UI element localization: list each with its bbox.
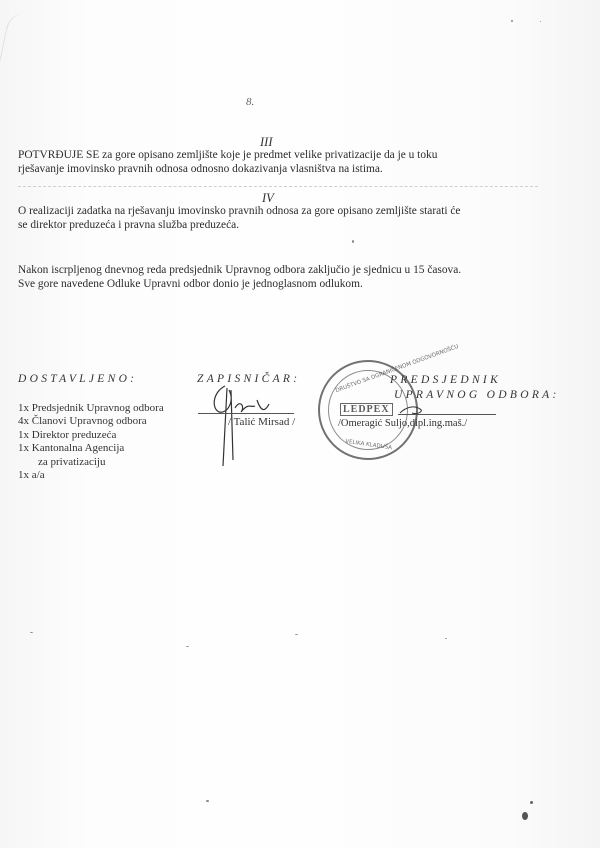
scan-speck: [295, 634, 298, 635]
text-line: rješavanje imovinsko pravnih odnosa odno…: [18, 162, 437, 176]
section-iv-text: O realizaciji zadatka na rješavanju imov…: [18, 204, 461, 233]
text-line: Nakon iscrpljenog dnevnog reda predsjedn…: [18, 263, 461, 277]
president-name: /Omeragić Suljo,dipl.ing.maš./: [338, 418, 467, 429]
recorder-signature-line: [198, 413, 294, 414]
list-item: 1x Direktor preduzeća: [18, 429, 164, 442]
distribution-title: DOSTAVLJENO:: [18, 373, 137, 385]
president-signature-line: [398, 414, 496, 415]
list-item: 1x a/a: [18, 469, 164, 482]
president-title-line1: PREDSJEDNIK: [390, 373, 560, 388]
page-number: 8.: [246, 96, 254, 108]
scan-speck: [445, 638, 447, 639]
scan-speck: [186, 646, 189, 647]
list-item: 1x Predsjednik Upravnog odbora: [18, 402, 164, 415]
scan-speck: [511, 20, 513, 22]
text-line: Sve gore navedene Odluke Upravni odbor d…: [18, 277, 461, 291]
president-title-line2: UPRAVNOG ODBORA:: [390, 388, 560, 403]
section-iii-text: POTVRĐUJE SE za gore opisano zemljište k…: [18, 148, 437, 177]
president-title: PREDSJEDNIK UPRAVNOG ODBORA:: [390, 373, 560, 403]
recorder-name: / Talić Mirsad /: [228, 416, 295, 428]
text-line: POTVRĐUJE SE za gore opisano zemljište k…: [18, 148, 437, 162]
closing-text: Nakon iscrpljenog dnevnog reda predsjedn…: [18, 263, 461, 292]
scan-speck: [522, 812, 528, 820]
stamp-center-text: LEDPEX: [340, 403, 393, 416]
dashed-separator: [18, 186, 538, 187]
list-item: 4x Članovi Upravnog odbora: [18, 415, 164, 428]
scan-speck: [530, 801, 533, 804]
text-line: O realizaciji zadatka na rješavanju imov…: [18, 204, 461, 218]
list-item: 1x Kantonalna Agencija: [18, 442, 164, 455]
scan-speck: [30, 632, 33, 633]
scan-speck: [540, 21, 541, 22]
scan-speck: [206, 800, 209, 802]
distribution-list: 1x Predsjednik Upravnog odbora 4x Članov…: [18, 402, 164, 482]
text-line: se direktor preduzeća i pravna služba pr…: [18, 218, 461, 232]
scan-speck: [352, 240, 354, 243]
list-item: za privatizaciju: [18, 456, 164, 469]
